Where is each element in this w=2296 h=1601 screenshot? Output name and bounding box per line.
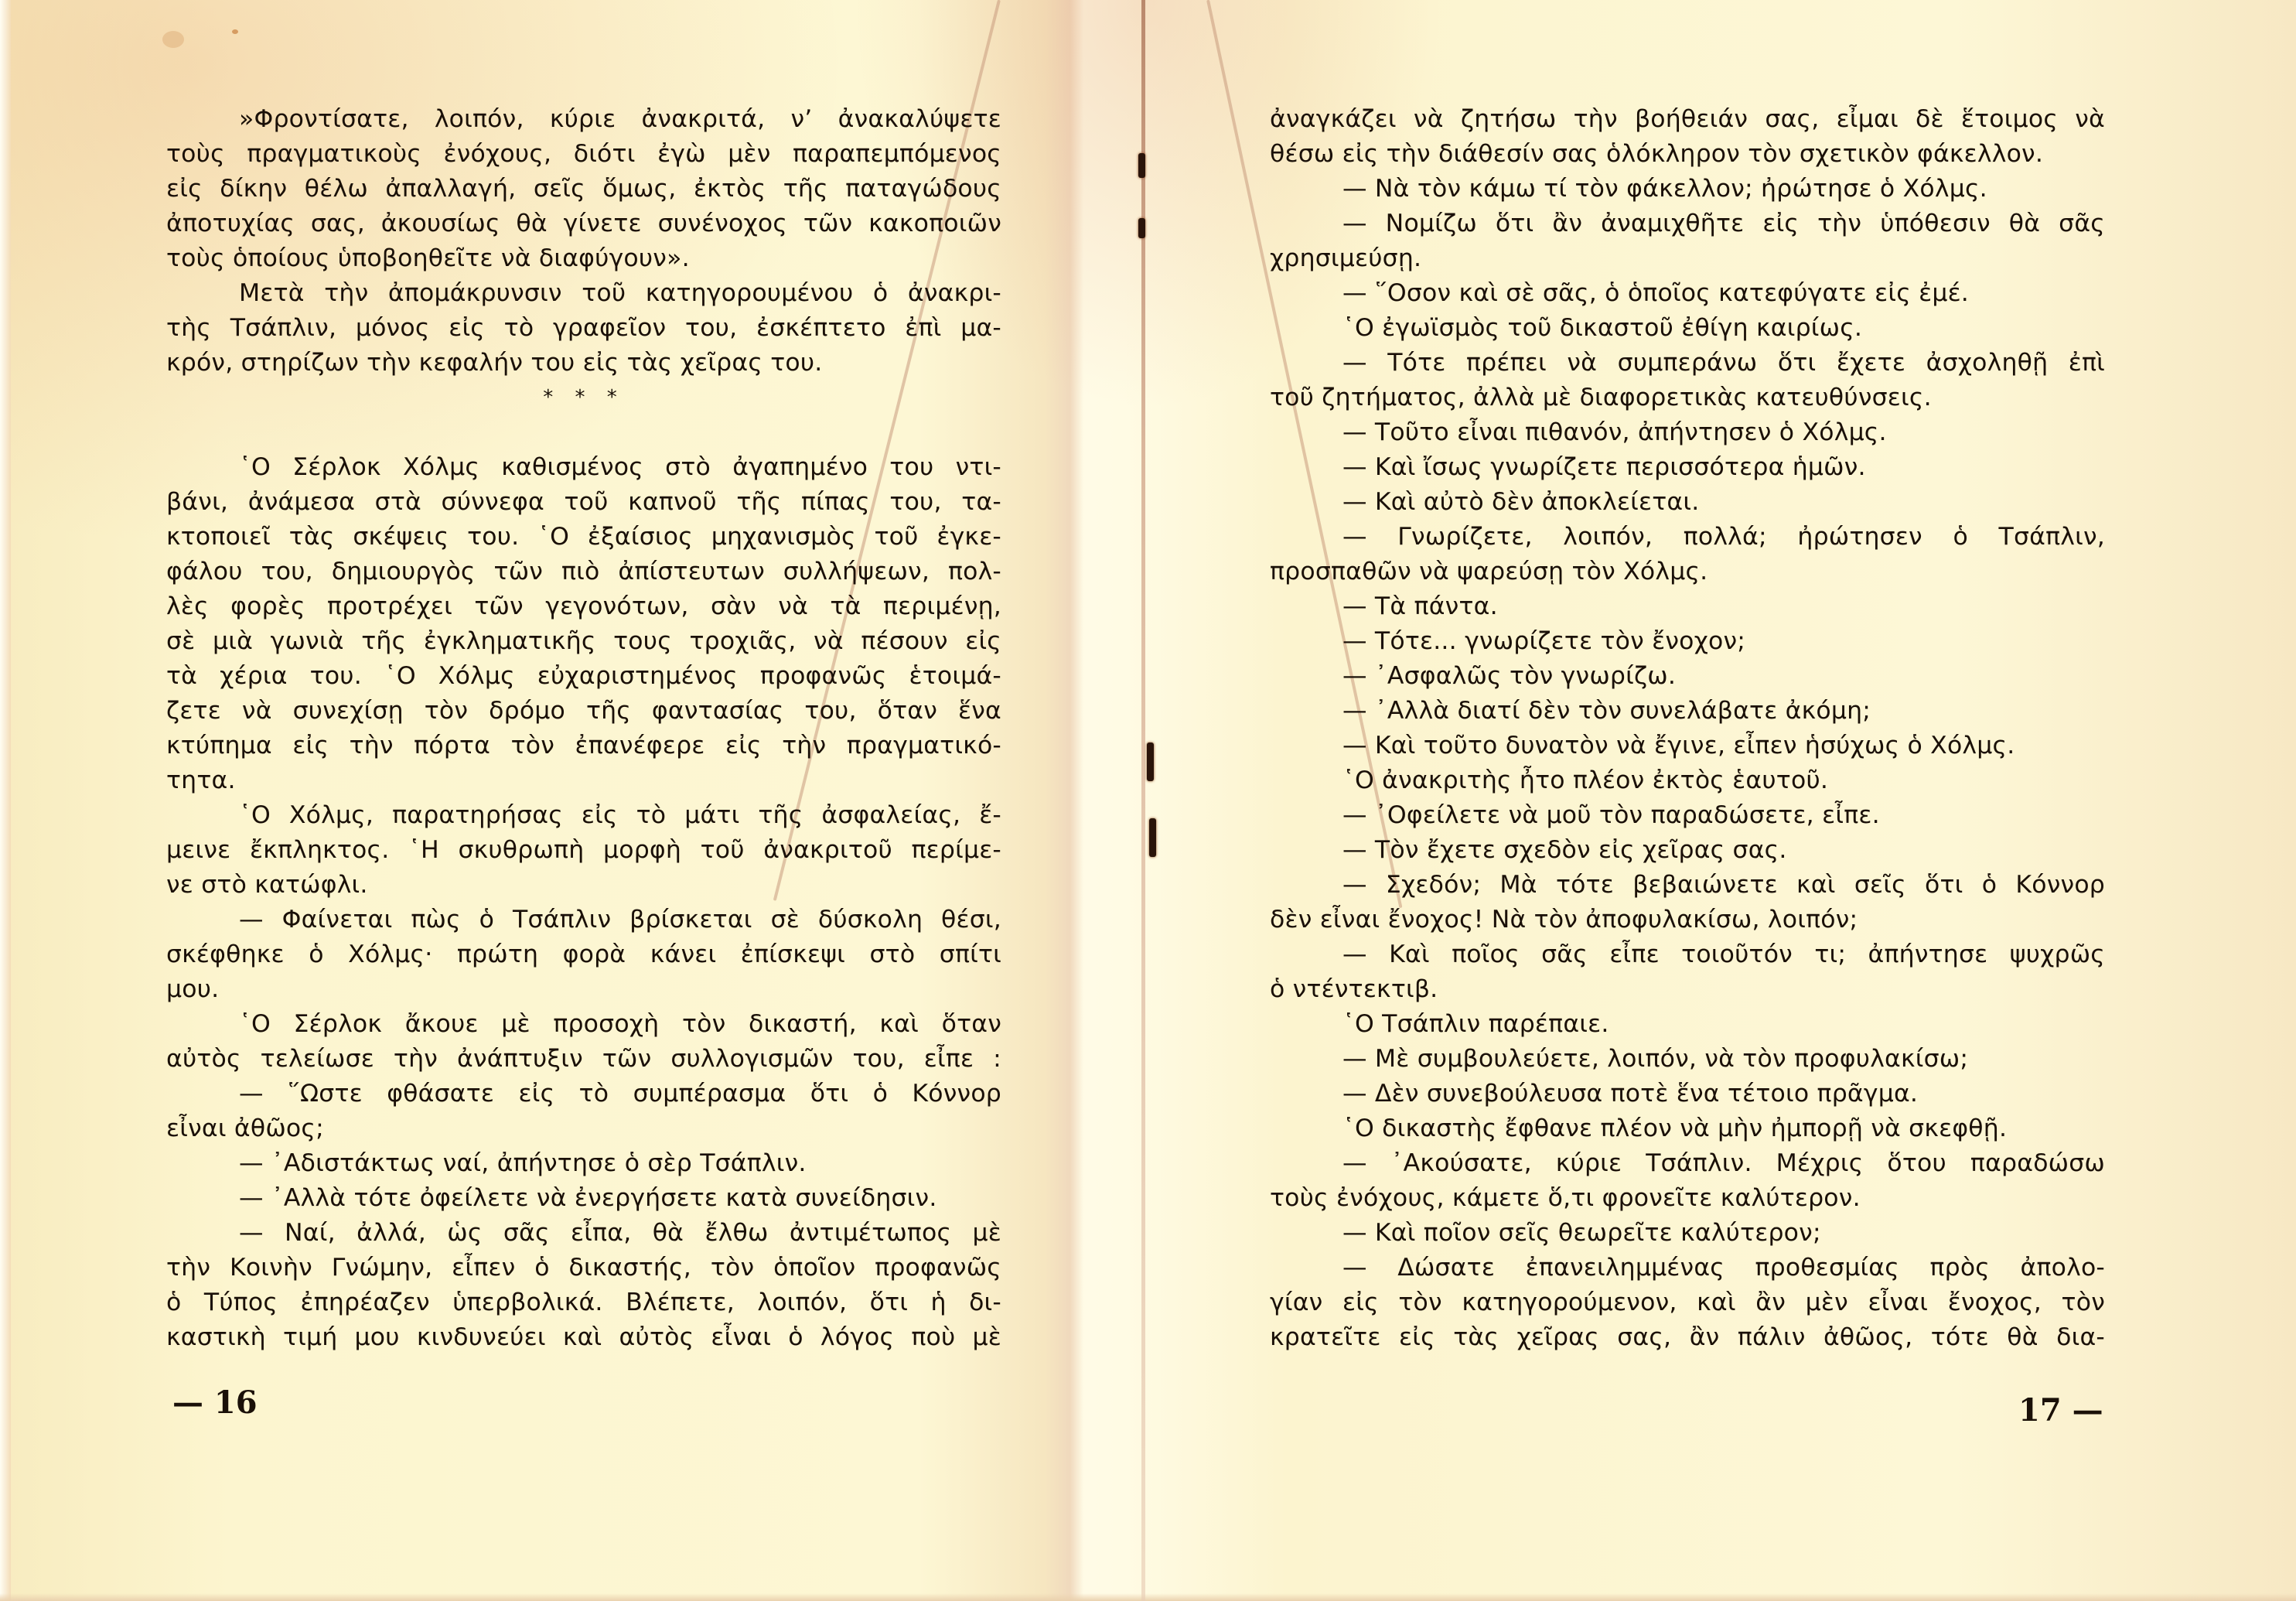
text-line: — Γνωρίζετε, λοιπόν, πολλά; ἠρώτησεν ὁ Τ… [1270, 520, 2105, 555]
page-number: — 16 [172, 1384, 258, 1421]
text-line: — ᾿Ασφαλῶς τὸν γνωρίζω. [1270, 659, 2105, 694]
text-line: — Νὰ τὸν κάμω τί τὸν φάκελλον; ἠρώτησε ὁ… [1270, 172, 2105, 207]
text-line: ῾Ο δικαστὴς ἔφθανε πλέον νὰ μὴν ἠμπορῇ ν… [1270, 1111, 2105, 1146]
text-line: — Μὲ συμβουλεύετε, λοιπόν, νὰ τὸν προφυλ… [1270, 1042, 2105, 1077]
text-line: ὁ ντέντεκτιβ. [1270, 972, 2105, 1007]
text-line: ῾Ο ἀνακριτὴς ἦτο πλέον ἐκτὸς ἑαυτοῦ. [1270, 763, 2105, 798]
text-line: — ῞Οσον καὶ σὲ σᾶς, ὁ ὁποῖος κατεφύγατε … [1270, 276, 2105, 311]
text-line: — Καὶ ποῖος σᾶς εἶπε τοιοῦτόν τι; ἀπήντη… [1270, 937, 2105, 972]
text-line: μου. [166, 972, 1001, 1007]
text-line: — ᾿Αδιστάκτως ναί, ἀπήντησε ὁ σὲρ Τσάπλι… [166, 1146, 1001, 1181]
page-edge-bottom [0, 1593, 2296, 1601]
text-line: — Νομίζω ὅτι ἂν ἀναμιχθῆτε εἰς τὴν ὑπόθε… [1270, 207, 2105, 241]
text-line: εἶναι ἀθῶος; [166, 1111, 1001, 1146]
text-line: καστικὴ τιμή μου κινδυνεύει καὶ αὐτὸς εἶ… [166, 1320, 1001, 1355]
text-line: — Φαίνεται πὼς ὁ Τσάπλιν βρίσκεται σὲ δύ… [166, 903, 1001, 937]
text-line: τοὺς ὁποίους ὑποβοηθεῖτε νὰ διαφύγουν». [166, 241, 1001, 276]
text-line: — ᾿Ακούσατε, κύριε Τσάπλιν. Μέχρις ὅτου … [1270, 1146, 2105, 1181]
left-page-body: »Φροντίσατε, λοιπόν, κύριε ἀνακριτά, ν’ … [166, 102, 1001, 1355]
text-line: — Δὲν συνεβούλευσα ποτὲ ἕνα τέτοιο πρᾶγμ… [1270, 1077, 2105, 1111]
text-line: — ᾿Αλλὰ τότε ὀφείλετε νὰ ἐνεργήσετε κατὰ… [166, 1181, 1001, 1216]
text-line: — Καὶ αὐτὸ δὲν ἀποκλείεται. [1270, 485, 2105, 520]
book-spread: »Φροντίσατε, λοιπόν, κύριε ἀνακριτά, ν’ … [0, 0, 2296, 1601]
text-line: — Καὶ τοῦτο δυνατὸν νὰ ἔγινε, εἶπεν ἡσύχ… [1270, 729, 2105, 763]
text-line: τὴν Κοινὴν Γνώμην, εἶπεν ὁ δικαστής, τὸν… [166, 1251, 1001, 1285]
page-edge [0, 0, 11, 1601]
text-line: αὐτὸς τελείωσε τὴν ἀνάπτυξιν τῶν συλλογι… [166, 1042, 1001, 1077]
text-line: ἀποτυχίας σας, ἀκουσίως θὰ γίνετε συνένο… [166, 207, 1001, 241]
staple-icon [1147, 742, 1154, 781]
text-line: γίαν εἰς τὸν κατηγορούμενον, καὶ ἂν μὲν … [1270, 1285, 2105, 1320]
text-line: τοὺς πραγματικοὺς ἐνόχους, διότι ἐγὼ μὲν… [166, 137, 1001, 172]
section-separator: * * * [166, 381, 1001, 450]
text-line: ζετε νὰ συνεχίσῃ τὸν δρόμο τῆς φαντασίας… [166, 694, 1001, 729]
text-line: — Τοῦτο εἶναι πιθανόν, ἀπήντησεν ὁ Χόλμς… [1270, 415, 2105, 450]
text-line: τητα. [166, 763, 1001, 798]
text-line: — ῞Ωστε φθάσατε εἰς τὸ συμπέρασμα ὅτι ὁ … [166, 1077, 1001, 1111]
stain-spot [162, 31, 184, 48]
text-line: τὰ χέρια του. ῾Ο Χόλμς εὐχαριστημένος πρ… [166, 659, 1001, 694]
text-line: — ᾿Οφείλετε νὰ μοῦ τὸν παραδώσετε, εἶπε. [1270, 798, 2105, 833]
text-line: τοῦ ζητήματος, ἀλλὰ μὲ διαφορετικὰς κατε… [1270, 381, 2105, 415]
text-line: κρατεῖτε εἰς τὰς χεῖρας σας, ἂν πάλιν ἀθ… [1270, 1320, 2105, 1355]
page-number: 17 — [2018, 1392, 2103, 1429]
text-line: κρόν, στηρίζων τὴν κεφαλήν του εἰς τὰς χ… [166, 346, 1001, 381]
text-line: λὲς φορὲς προτρέχει τῶν γεγονότων, σὰν ν… [166, 589, 1001, 624]
staple-icon [1138, 153, 1145, 178]
text-line: τοὺς ἐνόχους, κάμετε ὅ,τι φρονεῖτε καλύτ… [1270, 1181, 2105, 1216]
text-line: ἀναγκάζει νὰ ζητήσω τὴν βοήθειάν σας, εἶ… [1270, 102, 2105, 137]
text-line: προσπαθῶν νὰ ψαρεύσῃ τὸν Χόλμς. [1270, 555, 2105, 589]
text-line: μεινε ἔκπληκτος. ῾Η σκυθρωπὴ μορφὴ τοῦ ἀ… [166, 833, 1001, 868]
text-line: ῾Ο Τσάπλιν παρέπαιε. [1270, 1007, 2105, 1042]
text-line: εἰς δίκην θέλω ἀπαλλαγή, σεῖς ὅμως, ἐκτὸ… [166, 172, 1001, 207]
stain-spot [232, 29, 238, 34]
text-line: φάλου του, δημιουργὸς τῶν πιὸ ἀπίστευτων… [166, 555, 1001, 589]
text-line: χρησιμεύσῃ. [1270, 241, 2105, 276]
text-line: τὴς Τσάπλιν, μόνος εἰς τὸ γραφεῖον του, … [166, 311, 1001, 346]
text-line: — Τότε... γνωρίζετε τὸν ἔνοχον; [1270, 624, 2105, 659]
staple-icon [1138, 218, 1145, 238]
text-line: — Ναί, ἀλλά, ὡς σᾶς εἶπα, θὰ ἔλθω ἀντιμέ… [166, 1216, 1001, 1251]
text-line: ῾Ο Σέρλοκ Χόλμς καθισμένος στὸ ἀγαπημένο… [166, 450, 1001, 485]
text-line: — Καὶ ἴσως γνωρίζετε περισσότερα ἡμῶν. [1270, 450, 2105, 485]
text-line: νε στὸ κατώφλι. [166, 868, 1001, 903]
right-page-body: ἀναγκάζει νὰ ζητήσω τὴν βοήθειάν σας, εἶ… [1270, 102, 2105, 1355]
text-line: ῾Ο Σέρλοκ ἄκουε μὲ προσοχὴ τὸν δικαστή, … [166, 1007, 1001, 1042]
text-line: — ᾿Αλλὰ διατί δὲν τὸν συνελάβατε ἀκόμη; [1270, 694, 2105, 729]
text-line: ῾Ο ἐγωϊσμὸς τοῦ δικαστοῦ ἐθίγη καιρίως. [1270, 311, 2105, 346]
text-line: ὁ Τύπος ἐπηρέαζεν ὑπερβολικά. Βλέπετε, λ… [166, 1285, 1001, 1320]
text-line: κτύπημα εἰς τὴν πόρτα τὸν ἐπανέφερε εἰς … [166, 729, 1001, 763]
text-line: σὲ μιὰ γωνιὰ τῆς ἐγκληματικῆς τους τροχι… [166, 624, 1001, 659]
text-line: »Φροντίσατε, λοιπόν, κύριε ἀνακριτά, ν’ … [166, 102, 1001, 137]
staple-icon [1149, 818, 1156, 857]
text-line: βάνι, ἀνάμεσα στὰ σύννεφα τοῦ καπνοῦ τῆς… [166, 485, 1001, 520]
text-line: — Τὸν ἔχετε σχεδὸν εἰς χεῖρας σας. [1270, 833, 2105, 868]
text-line: — Καὶ ποῖον σεῖς θεωρεῖτε καλύτερον; [1270, 1216, 2105, 1251]
text-line: δὲν εἶναι ἔνοχος! Νὰ τὸν ἀποφυλακίσω, λο… [1270, 903, 2105, 937]
text-line: — Δώσατε ἐπανειλημμένας προθεσμίας πρὸς … [1270, 1251, 2105, 1285]
text-line: — Τὰ πάντα. [1270, 589, 2105, 624]
text-line: θέσω εἰς τὴν διάθεσίν σας ὁλόκληρον τὸν … [1270, 137, 2105, 172]
book-gutter [1141, 0, 1145, 1601]
text-line: — Τότε πρέπει νὰ συμπεράνω ὅτι ἔχετε ἀσχ… [1270, 346, 2105, 381]
text-line: ῾Ο Χόλμς, παρατηρήσας εἰς τὸ μάτι τῆς ἀσ… [166, 798, 1001, 833]
text-line: σκέφθηκε ὁ Χόλμς· πρώτη φορὰ κάνει ἐπίσκ… [166, 937, 1001, 972]
text-line: Μετὰ τὴν ἀπομάκρυνσιν τοῦ κατηγορουμένου… [166, 276, 1001, 311]
text-line: κτοποιεῖ τὰς σκέψεις του. ῾Ο ἐξαίσιος μη… [166, 520, 1001, 555]
text-line: — Σχεδόν; Μὰ τότε βεβαιώνετε καὶ σεῖς ὅτ… [1270, 868, 2105, 903]
